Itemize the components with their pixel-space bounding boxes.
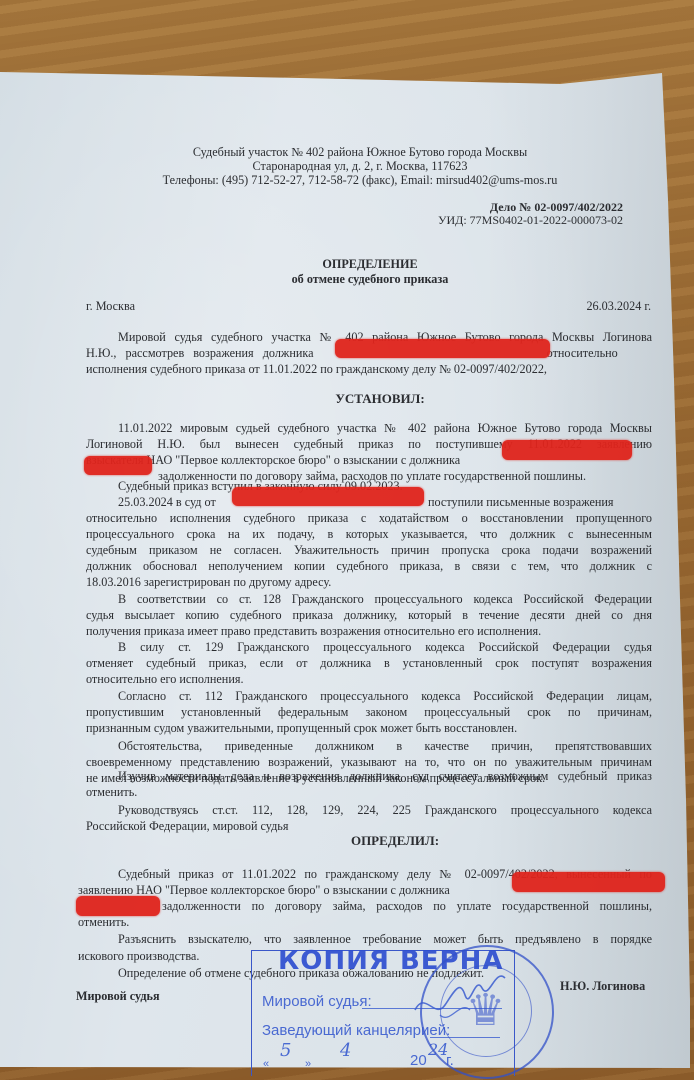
stamp-judge-label: Мировой судья: bbox=[262, 993, 372, 1010]
stamp-year-prefix: 20 bbox=[410, 1052, 427, 1069]
redaction-debtor-name bbox=[502, 440, 632, 460]
judge-signature bbox=[410, 960, 520, 1030]
established-line: судья высылает копию судебного приказа д… bbox=[86, 607, 652, 623]
established-line: поступили письменные возражения bbox=[428, 494, 614, 510]
established-line: пропустившим установленный федеральным з… bbox=[86, 704, 652, 720]
established-line: 11.01.2022 мировым судьей судебного учас… bbox=[118, 420, 652, 436]
determined-line: отменить. bbox=[78, 914, 129, 930]
redaction-debtor-name bbox=[512, 872, 665, 892]
established-line: признанным судом уважительными, пропущен… bbox=[86, 720, 517, 736]
established-line: В соответствии со ст. 128 Гражданского п… bbox=[118, 591, 652, 607]
established-line: Руководствуясь ст.ст. 112, 128, 129, 224… bbox=[118, 802, 652, 818]
established-line: Изучив материалы дела и возражения должн… bbox=[118, 768, 652, 784]
established-line: Российской Федерации, мировой судья bbox=[86, 818, 288, 834]
court-contacts: Телефоны: (495) 712-52-27, 712-58-72 (фа… bbox=[100, 172, 620, 188]
document-date: 26.03.2024 г. bbox=[586, 298, 651, 314]
established-line: процессуального срока на их подачу, в ко… bbox=[86, 526, 652, 542]
stamp-month: 4 bbox=[340, 1040, 351, 1061]
section-determined: ОПРЕДЕЛИЛ: bbox=[150, 833, 640, 849]
established-line: отменить. bbox=[86, 784, 137, 800]
place: г. Москва bbox=[86, 298, 135, 314]
established-line: должник обосновал неполучением копии суд… bbox=[86, 558, 652, 574]
redaction-debtor-name bbox=[76, 896, 160, 916]
established-line: В силу ст. 129 Гражданского процессуальн… bbox=[118, 639, 652, 655]
case-uid: УИД: 77MS0402-01-2022-000073-02 bbox=[438, 212, 623, 228]
intro-line: исполнения судебного приказа от 11.01.20… bbox=[86, 361, 547, 377]
stamp-day: 5 bbox=[280, 1040, 291, 1061]
determined-line: искового производства. bbox=[78, 948, 199, 964]
established-line: 18.03.2016 зарегистрирован по другому ад… bbox=[86, 574, 331, 590]
established-line: относительно его исполнения. bbox=[86, 671, 244, 687]
determined-line: Разъяснить взыскателю, что заявленное тр… bbox=[118, 931, 652, 947]
established-line: 25.03.2024 в суд от bbox=[118, 494, 216, 510]
established-line: судебным приказом не согласен. Уважитель… bbox=[86, 542, 652, 558]
stamp-quote-close: » bbox=[305, 1058, 311, 1070]
signature-name: Н.Ю. Логинова bbox=[560, 978, 645, 994]
redaction-debtor-name bbox=[232, 487, 424, 506]
established-line: Обстоятельства, приведенные должником в … bbox=[118, 738, 652, 754]
redaction-debtor-name bbox=[84, 456, 152, 475]
stamp-quote-open: « bbox=[263, 1058, 269, 1070]
established-line: Согласно ст. 112 Гражданского процессуал… bbox=[118, 688, 652, 704]
established-line: относительно исполнения судебного приказ… bbox=[86, 510, 652, 526]
signature-role: Мировой судья bbox=[76, 988, 160, 1004]
section-established: УСТАНОВИЛ: bbox=[150, 391, 610, 407]
determined-line: задолженности по договору займа, расходо… bbox=[162, 898, 652, 914]
established-line: отменяет судебный приказ, если от должни… bbox=[86, 655, 652, 671]
document-title: ОПРЕДЕЛЕНИЕ bbox=[150, 256, 590, 272]
established-line: получения приказа имеет право представит… bbox=[86, 623, 541, 639]
redaction-debtor-name bbox=[335, 339, 550, 358]
document-subtitle: об отмене судебного приказа bbox=[150, 271, 590, 287]
